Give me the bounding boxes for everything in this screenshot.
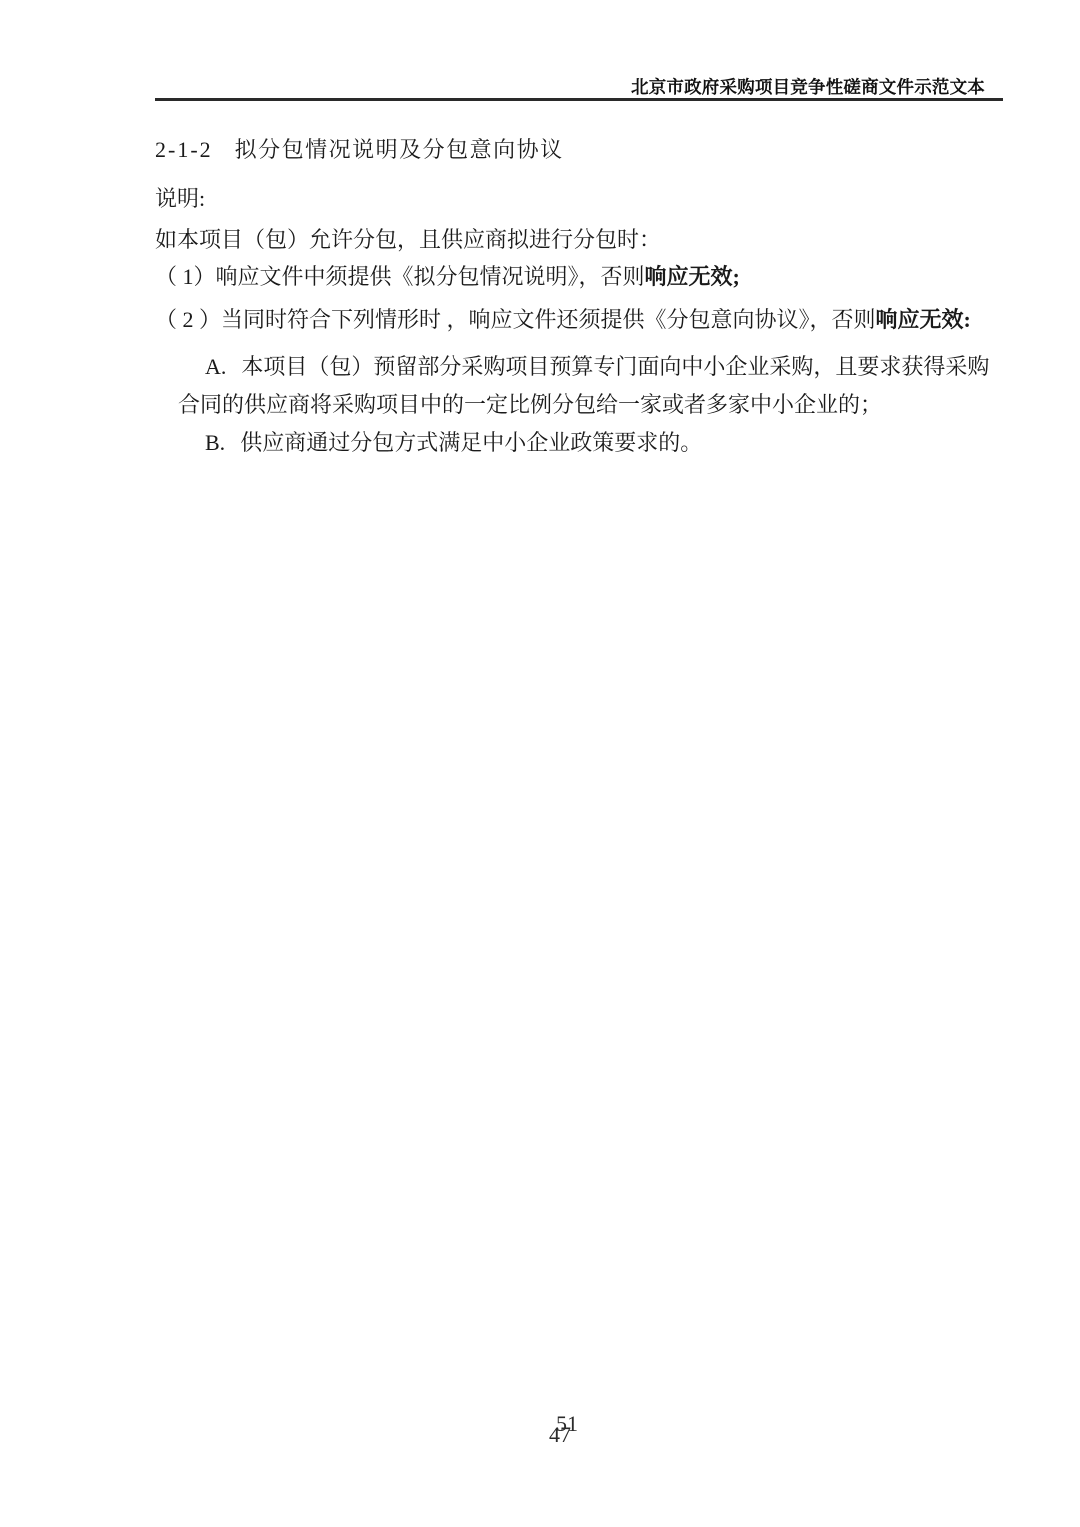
- intro-paragraph: 如本项目（包）允许分包，且供应商拟进行分包时：: [155, 226, 661, 254]
- condition-item-2-bold: 响应无效:: [876, 307, 971, 332]
- condition-item-1: （ 1）响应文件中须提供《拟分包情况说明》，否则响应无效;: [155, 263, 740, 291]
- sub-item-b-marker: B.: [205, 430, 225, 455]
- sub-item-a-marker: A.: [205, 354, 226, 379]
- section-title-text: 拟分包情况说明及分包意向协议: [235, 137, 564, 162]
- sub-item-a-text: 本项目（包）预留部分采购项目预算专门面向中小企业采购，且要求获得采购合同的供应商…: [178, 354, 989, 417]
- condition-item-1-bold: 响应无效;: [645, 264, 740, 289]
- page-header-title: 北京市政府采购项目竞争性磋商文件示范文本: [631, 74, 985, 99]
- page-number-overlap-top: 51: [556, 1411, 578, 1437]
- condition-item-2-text: （ 2 ）当同时符合下列情形时 ，响应文件还须提供《分包意向协议》，否则: [155, 307, 876, 332]
- condition-item-2: （ 2 ）当同时符合下列情形时 ，响应文件还须提供《分包意向协议》，否则响应无效…: [155, 306, 971, 334]
- condition-item-1-text: （ 1）响应文件中须提供《拟分包情况说明》，否则: [155, 264, 645, 289]
- sub-item-b: B.供应商通过分包方式满足中小企业政策要求的。: [178, 424, 993, 462]
- page-number-overlap-bottom: 47: [549, 1422, 571, 1448]
- document-page: 北京市政府采购项目竞争性磋商文件示范文本 2-1-2拟分包情况说明及分包意向协议…: [0, 0, 1080, 1527]
- section-number: 2-1-2: [155, 137, 213, 162]
- section-title: 2-1-2拟分包情况说明及分包意向协议: [155, 133, 564, 164]
- sub-item-a: A.本项目（包）预留部分采购项目预算专门面向中小企业采购，且要求获得采购合同的供…: [178, 348, 993, 424]
- explanation-label: 说明:: [155, 185, 205, 213]
- sub-item-b-text: 供应商通过分包方式满足中小企业政策要求的。: [240, 430, 702, 455]
- sub-item-list: A.本项目（包）预留部分采购项目预算专门面向中小企业采购，且要求获得采购合同的供…: [178, 348, 993, 462]
- header-divider: [155, 98, 1003, 101]
